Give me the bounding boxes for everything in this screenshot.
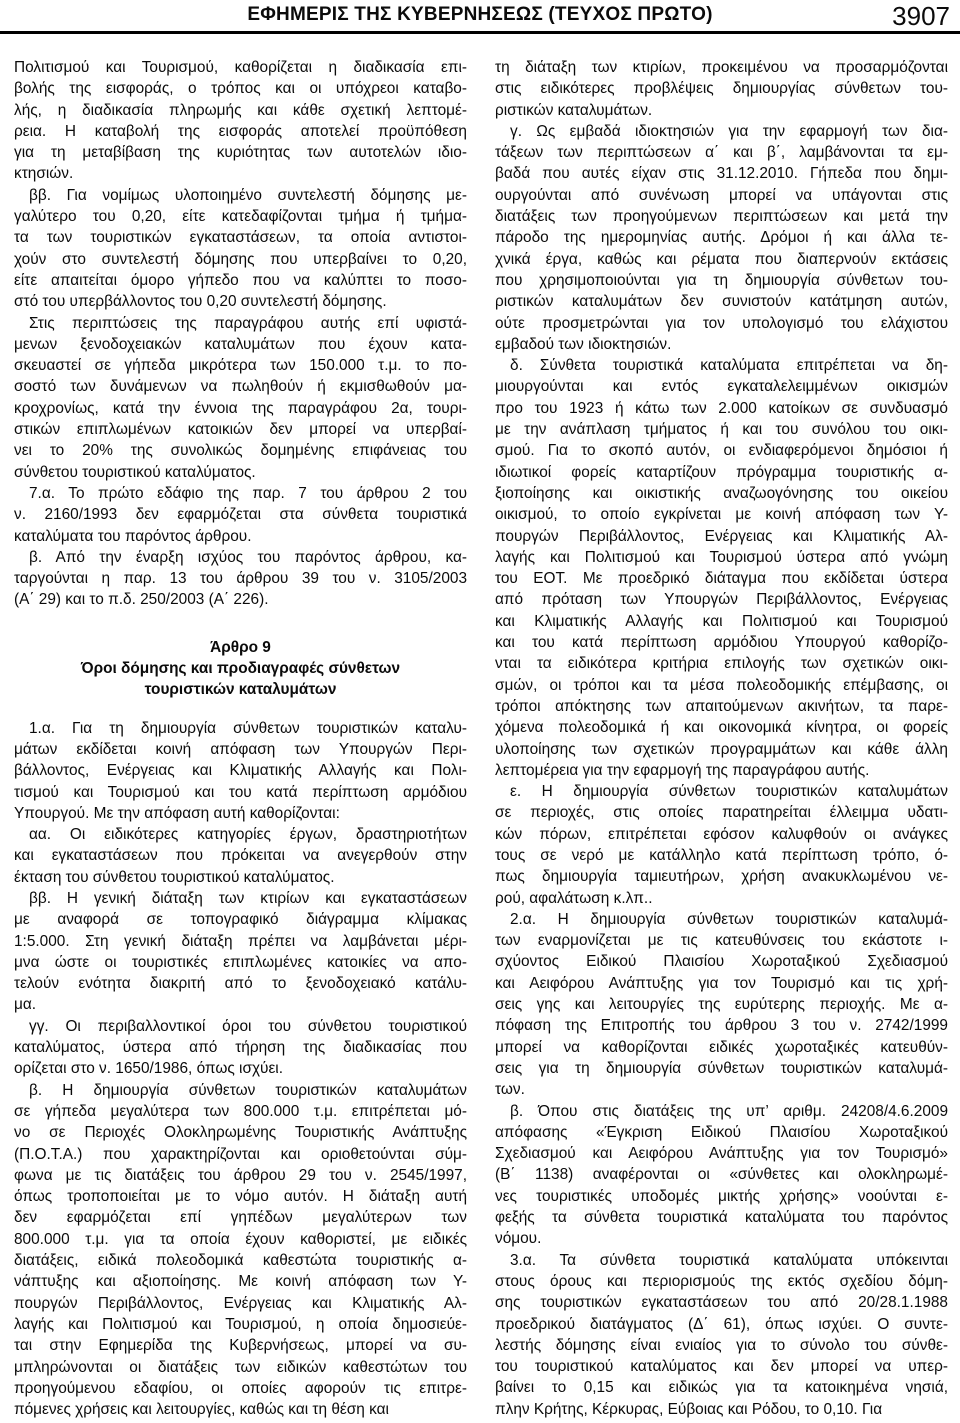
text-line: 3.α. Τα σύνθετα τουριστικά καταλύματα υπ… xyxy=(495,1250,948,1271)
text-line: φεξής τα σύνθετα τουριστικά καταλύματα τ… xyxy=(495,1207,948,1228)
text-line: 1.α. Για τη δημιουργία σύνθετων τουριστι… xyxy=(14,718,467,739)
text-line: νο σε Περιοχές Ολοκληρωμένης Τουριστικής… xyxy=(14,1122,467,1143)
text-line: λεστής δόμησης είναι ενιαίος για το σύνο… xyxy=(495,1335,948,1356)
text-line: μενων ξενοδοχειακών καταλυμάτων που έχου… xyxy=(14,334,467,355)
text-line: λαγής και Πολιτισμού και Τουρισμού ύστερ… xyxy=(495,547,948,568)
text-line: χνικά έργα, καθώς και ρέματα που διαπερν… xyxy=(495,249,948,270)
text-line: μπορεί να καθορίζονται ειδικές χωροταξικ… xyxy=(495,1037,948,1058)
text-line: του τουριστικού καταλύματος και δεν μπορ… xyxy=(495,1356,948,1377)
gazette-title: ΕΦΗΜΕΡΙΣ ΤΗΣ ΚΥΒΕΡΝΗΣΕΩΣ (ΤΕΥΧΟΣ ΠΡΩΤΟ) xyxy=(0,4,960,26)
text-line: προηγούμενου εδαφίου, οι οποίες αφορούν … xyxy=(14,1378,467,1399)
text-line: αα. Οι ειδικότερες κατηγορίες έργων, δρα… xyxy=(14,824,467,845)
paragraph: Στις περιπτώσεις της παραγράφου αυτής επ… xyxy=(14,313,467,483)
text-line: γ. Ως εμβαδά ιδιοκτησιών για την εφαρμογ… xyxy=(495,121,948,142)
text-line: 2.α. Η δημιουργία σύνθετων τουριστικών κ… xyxy=(495,909,948,930)
text-line: ββ. Για νομίμως υλοποιημένο συντελεστή δ… xyxy=(14,185,467,206)
text-line: προεδρικού διατάγματος (Δ΄ 61), όπως ισχ… xyxy=(495,1314,948,1335)
text-line: για τη μεταβίβαση της κυριότητας των αυτ… xyxy=(14,142,467,163)
text-line: σεις γης και λειτουργίες της ευρύτερης π… xyxy=(495,994,948,1015)
text-line: δεν εφαρμόζεται επί γηπέδων μεγαλύτερων … xyxy=(14,1207,467,1228)
text-line: που χρησιμοποιούνται για τη δημιουργία σ… xyxy=(495,270,948,291)
text-line: φωνα με τις διατάξεις του άρθρου 29 του … xyxy=(14,1165,467,1186)
paragraph: β. Η δημιουργία σύνθετων τουριστικών κατ… xyxy=(14,1080,467,1421)
paragraph: αα. Οι ειδικότερες κατηγορίες έργων, δρα… xyxy=(14,824,467,888)
text-line: έκταση του σύνθετου τουριστικού καταλύμα… xyxy=(14,867,467,888)
text-line: των. xyxy=(495,1079,948,1100)
paragraph: ββ. Για νομίμως υλοποιημένο συντελεστή δ… xyxy=(14,185,467,313)
text-line: σκευαστεί σε γήπεδα μικρότερα των 150.00… xyxy=(14,355,467,376)
text-line: ριστικών καταλυμάτων δεν συνιστούν κατάτ… xyxy=(495,291,948,312)
two-column-body: Πολιτισμού και Τουρισμού, καθορίζεται η … xyxy=(0,34,960,1420)
article-heading-line: Άρθρο 9 xyxy=(14,637,467,658)
text-line: πόφαση της Επιτροπής του άρθρου 3 του ν.… xyxy=(495,1015,948,1036)
paragraph: γγ. Οι περιβαλλοντικοί όροι του σύνθετου… xyxy=(14,1016,467,1080)
text-line: με αναφορά σε τοπογραφικό διάγραμμα κλίμ… xyxy=(14,909,467,930)
text-line: 800.000 τ.μ. για τα οποία έχουν καθοριστ… xyxy=(14,1229,467,1250)
text-line: 1:5.000. Στη γενική διάταξη πρέπει να λα… xyxy=(14,931,467,952)
text-line: και Αειφόρου Ανάπτυξης για τον Τουρισμό … xyxy=(495,973,948,994)
text-line: είτε απαιτείται όμορο γήπεδο που να καλύ… xyxy=(14,270,467,291)
text-line: στό του υπερβάλλοντος του 0,20 συντελεστ… xyxy=(14,291,467,312)
left-column: Πολιτισμού και Τουρισμού, καθορίζεται η … xyxy=(14,57,467,1420)
text-line: οικισμού, το οποίο εγκρίνεται με κοινή α… xyxy=(495,504,948,525)
text-line: σύνθετου τουριστικού καταλύματος. xyxy=(14,462,467,483)
text-line: Υπουργού. Με την απόφαση αυτή καθορίζοντ… xyxy=(14,803,467,824)
text-line: μάτων εκδίδεται κοινή απόφαση των Υπουργ… xyxy=(14,739,467,760)
gazette-page: ΕΦΗΜΕΡΙΣ ΤΗΣ ΚΥΒΕΡΝΗΣΕΩΣ (ΤΕΥΧΟΣ ΠΡΩΤΟ) … xyxy=(0,0,960,1423)
text-line: καταλύματα του παρόντος άρθρου. xyxy=(14,526,467,547)
text-line: και του κατά περίπτωση αρμόδιου Υπουργού… xyxy=(495,632,948,653)
text-line: ται στην Εφημερίδα της Κυβερνήσεως, μπορ… xyxy=(14,1335,467,1356)
paragraph: β. Από την έναρξη ισχύος του παρόντος άρ… xyxy=(14,547,467,611)
text-line: τελούν ενότητα διακριτή από το ξενοδοχει… xyxy=(14,973,467,994)
text-line: δ. Σύνθετα τουριστικά καταλύματα επιτρέπ… xyxy=(495,355,948,376)
text-line: ούτε προσμετρώνται για τον υπολογισμό το… xyxy=(495,313,948,334)
text-line: β. Η δημιουργία σύνθετων τουριστικών κατ… xyxy=(14,1080,467,1101)
text-line: ιδιωτικοί φορείς καταρτίζουν πρόγραμμα τ… xyxy=(495,462,948,483)
text-line: γγ. Οι περιβαλλοντικοί όροι του σύνθετου… xyxy=(14,1016,467,1037)
text-line: ριστικών καταλυμάτων. xyxy=(495,100,948,121)
paragraph: 2.α. Η δημιουργία σύνθετων τουριστικών κ… xyxy=(495,909,948,1101)
paragraph: Πολιτισμού και Τουρισμού, καθορίζεται η … xyxy=(14,57,467,185)
page-number: 3907 xyxy=(892,3,950,29)
text-line: ταργούνται η παρ. 13 του άρθρου 39 του ν… xyxy=(14,568,467,589)
paragraph: 7.α. Το πρώτο εδάφιο της παρ. 7 του άρθρ… xyxy=(14,483,467,547)
text-line: του ΕΟΤ. Με προεδρικό διάταγμα που εκδίδ… xyxy=(495,568,948,589)
article-heading-line: τουριστικών καταλυμάτων xyxy=(14,679,467,700)
text-line: απόφασης «Έγκριση Ειδικού Πλαισίου Χωροτ… xyxy=(495,1122,948,1143)
text-line: σχύοντος Ειδικού Πλαισίου Χωροταξικού Σχ… xyxy=(495,951,948,972)
text-line: λεπτομέρεια για την εφαρμογή της παραγρά… xyxy=(495,760,948,781)
text-line: χόμενα πολεοδομικά ή και οικονομικά κίνη… xyxy=(495,717,948,738)
text-line: με την ανάπλαση τμήματος ή και του συνόλ… xyxy=(495,419,948,440)
text-line: σε περιοχές, στις οποίες παρατηρείται έλ… xyxy=(495,802,948,823)
text-line: ν. 2160/1993 δεν εφαρμόζεται στα σύνθετα… xyxy=(14,504,467,525)
text-line: κτησιών. xyxy=(14,163,467,184)
text-line: ουργούνται από συνένωση μπορεί να υπάγον… xyxy=(495,185,948,206)
text-line: νται τα ειδικότερα κριτήρια επιλογής των… xyxy=(495,653,948,674)
text-line: μα. xyxy=(14,994,467,1015)
text-line: τρόποι απόκτησης των απαιτούμενων ακινήτ… xyxy=(495,696,948,717)
text-line: σεις για τη δημιουργία σύνθετων τουριστι… xyxy=(495,1058,948,1079)
article-heading: Άρθρο 9Όροι δόμησης και προδιαγραφές σύν… xyxy=(14,637,467,701)
text-line: από πρόταση των Υπουργών Περιβάλλοντος, … xyxy=(495,589,948,610)
paragraph: 3.α. Τα σύνθετα τουριστικά καταλύματα υπ… xyxy=(495,1250,948,1420)
text-line: διατάξεις, ειδικά πολεοδομικά καθεστώτα … xyxy=(14,1250,467,1271)
text-line: σμού. Για το σκοπό αυτόν, οι ενδιαφερόμε… xyxy=(495,440,948,461)
text-line: τη διάταξη των κτιρίων, προκειμένου να π… xyxy=(495,57,948,78)
text-line: σμών, οι τρόποι και τα μέσα πολεοδομικής… xyxy=(495,675,948,696)
text-line: προ του 1923 ή κάτω των 2.000 κατοίκων σ… xyxy=(495,398,948,419)
text-line: λαγής και Πολιτισμού και Τουρισμού, η οπ… xyxy=(14,1314,467,1335)
text-line: Σχεδιασμού και Αειφόρου Ανάπτυξης για το… xyxy=(495,1143,948,1164)
text-line: στους όρους και περιορισμούς της εκτός σ… xyxy=(495,1271,948,1292)
text-line: μπληρώνονται οι διατάξεις των ειδικών κα… xyxy=(14,1357,467,1378)
paragraph: ε. Η δημιουργία σύνθετων τουριστικών κατ… xyxy=(495,781,948,909)
text-line: σοστό των δυνάμενων να πωληθούν ή εκμισθ… xyxy=(14,376,467,397)
paragraph: ββ. Η γενική διάταξη των κτιρίων και εγκ… xyxy=(14,888,467,1016)
text-line: πουργών Περιβάλλοντος, Ενέργειας και Κλι… xyxy=(14,1293,467,1314)
text-line: γαλύτερο του 0,20, είτε κατεδαφίζονται τ… xyxy=(14,206,467,227)
text-line: νες τουριστικές υποδομές μικτής χρήσης» … xyxy=(495,1186,948,1207)
text-line: κών πόρων, επιτρέπεται εφόσον καλυφθούν … xyxy=(495,824,948,845)
text-line: των εναρμονίζεται με τις κατευθύνσεις το… xyxy=(495,930,948,951)
text-line: β. Όπου στις διατάξεις της υπ’ αριθμ. 24… xyxy=(495,1101,948,1122)
text-line: διατάξεις των προηγούμενων περιπτώσεων κ… xyxy=(495,206,948,227)
text-line: πως δημιουργία ταμιευτήρων, χρήση ανακυκ… xyxy=(495,866,948,887)
paragraph: 1.α. Για τη δημιουργία σύνθετων τουριστι… xyxy=(14,718,467,824)
text-line: υλοποίησης των σχετικών προγραμμάτων και… xyxy=(495,739,948,760)
text-line: μιουργούνται και εντός εγκαταλελειμμένων… xyxy=(495,376,948,397)
text-line: (Π.Ο.Τ.Α.) που χαρακτηρίζονται και οριοθ… xyxy=(14,1144,467,1165)
text-line: ορίζεται στο ν. 1650/1986, όπως ισχύει. xyxy=(14,1058,467,1079)
text-line: βαίνει το 0,15 και ειδικώς για τα κατοικ… xyxy=(495,1377,948,1398)
paragraph: τη διάταξη των κτιρίων, προκειμένου να π… xyxy=(495,57,948,121)
text-line: βάλλοντος, Ενέργειας και Κλιματικής Αλλα… xyxy=(14,760,467,781)
text-line: ββ. Η γενική διάταξη των κτιρίων και εγκ… xyxy=(14,888,467,909)
text-line: κροχρονίως, κατά την έννοια της παραγράφ… xyxy=(14,398,467,419)
text-line: Στις περιπτώσεις της παραγράφου αυτής επ… xyxy=(14,313,467,334)
text-line: βαδά που αυτές είχαν στις 31.12.2010. Γή… xyxy=(495,163,948,184)
text-line: λής, η διαδικασία πληρωμής και κάθε σχετ… xyxy=(14,100,467,121)
text-line: στις ειδικότερες προβλέψεις δημιουργίας … xyxy=(495,78,948,99)
text-line: όπως τροποποιείται με το νόμο αυτόν. Η δ… xyxy=(14,1186,467,1207)
text-line: μνα ώστε οι τουριστικές επιπλωμένες κατο… xyxy=(14,952,467,973)
text-line: ρεια. Η καταβολή της εισφοράς αποτελεί π… xyxy=(14,121,467,142)
text-line: τισμού και Τουρισμού και του κατά περίπτ… xyxy=(14,782,467,803)
text-line: χούν στο συντελεστή δόμησης που υπερβαίν… xyxy=(14,249,467,270)
paragraph: β. Όπου στις διατάξεις της υπ’ αριθμ. 24… xyxy=(495,1101,948,1250)
text-line: (Α΄ 29) και το π.δ. 250/2003 (Α΄ 226). xyxy=(14,589,467,610)
text-line: εμβαδού των ιδιοκτησιών. xyxy=(495,334,948,355)
text-line: ε. Η δημιουργία σύνθετων τουριστικών κατ… xyxy=(495,781,948,802)
page-header: ΕΦΗΜΕΡΙΣ ΤΗΣ ΚΥΒΕΡΝΗΣΕΩΣ (ΤΕΥΧΟΣ ΠΡΩΤΟ) … xyxy=(0,0,960,34)
text-line: (Β΄ 1138) αναφέρονται οι «σύνθετες και ο… xyxy=(495,1164,948,1185)
paragraph: δ. Σύνθετα τουριστικά καταλύματα επιτρέπ… xyxy=(495,355,948,781)
text-line: πουργών Περιβάλλοντος, Ενέργειας και Κλι… xyxy=(495,526,948,547)
text-line: τα των τουριστικών εγκαταστάσεων, τα οπο… xyxy=(14,227,467,248)
text-line: Πολιτισμού και Τουρισμού, καθορίζεται η … xyxy=(14,57,467,78)
text-line: πόμενες χρήσεις και λειτουργίες, καθώς κ… xyxy=(14,1399,467,1420)
text-line: σης τουριστικών εγκαταστάσεων του από 20… xyxy=(495,1292,948,1313)
text-line: ξιοποίησης και οικιστικής αναζωογόνησης … xyxy=(495,483,948,504)
text-line: νόμου. xyxy=(495,1228,948,1249)
right-column: τη διάταξη των κτιρίων, προκειμένου να π… xyxy=(495,57,948,1420)
text-line: καταλύματος, ύστερα από τήρηση της διαδι… xyxy=(14,1037,467,1058)
text-line: νει το 20% της συνολικώς δομημένης επιφά… xyxy=(14,440,467,461)
text-line: τάξεων των περιπτώσεων α΄ και β΄, λαμβάν… xyxy=(495,142,948,163)
text-line: στικών επιπλωμένων κατοικιών δεν μπορεί … xyxy=(14,419,467,440)
text-line: πάροδο της ημερομηνίας αυτής. Δρόμοι ή κ… xyxy=(495,227,948,248)
text-line: νάπτυξης και αξιοποίησης. Με κοινή απόφα… xyxy=(14,1271,467,1292)
paragraph: γ. Ως εμβαδά ιδιοκτησιών για την εφαρμογ… xyxy=(495,121,948,355)
text-line: πλην Κρήτης, Κέρκυρας, Εύβοιας και Ρόδου… xyxy=(495,1399,948,1420)
text-line: τους σε νερό με κατάλληλο κατά περίπτωση… xyxy=(495,845,948,866)
text-line: 7.α. Το πρώτο εδάφιο της παρ. 7 του άρθρ… xyxy=(14,483,467,504)
text-line: και εγκαταστάσεων που πρόκειται να ανεγε… xyxy=(14,845,467,866)
text-line: β. Από την έναρξη ισχύος του παρόντος άρ… xyxy=(14,547,467,568)
text-line: βολής της εισφοράς, ο τρόπος και οι υπόχ… xyxy=(14,78,467,99)
article-heading-line: Όροι δόμησης και προδιαγραφές σύνθετων xyxy=(14,658,467,679)
text-line: ρού, αφαλάτωση κ.λπ.. xyxy=(495,888,948,909)
text-line: σε γήπεδα μεγαλύτερα των 800.000 τ.μ. επ… xyxy=(14,1101,467,1122)
text-line: και Κλιματικής Αλλαγής και Πολιτισμού κα… xyxy=(495,611,948,632)
